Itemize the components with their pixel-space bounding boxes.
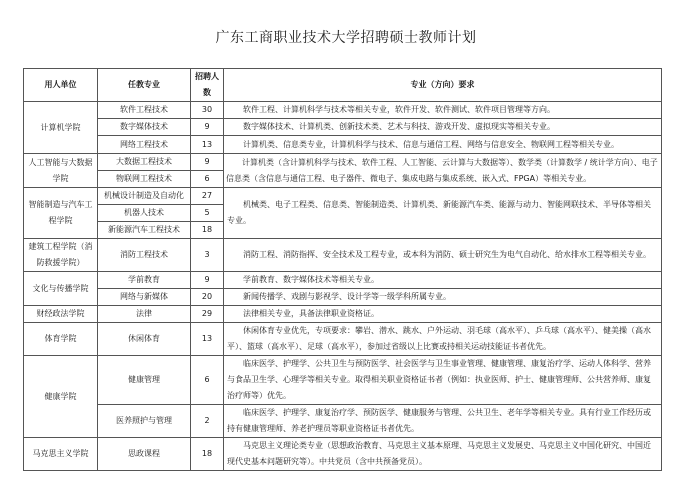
major-cell: 网络工程技术 [98, 136, 191, 154]
requirement-cell: 机械类、电子工程类、信息类、智能制造类、计算机类、新能源汽车类、能源与动力、智能… [224, 188, 662, 239]
count-cell: 6 [191, 356, 224, 405]
table-header-row: 用人单位 任教专业 招聘人数 专业（方向）要求 [24, 69, 662, 102]
major-cell: 消防工程技术 [98, 239, 191, 272]
header-count: 招聘人数 [191, 69, 224, 102]
count-cell: 29 [191, 306, 224, 323]
count-cell: 9 [191, 272, 224, 289]
major-cell: 大数据工程技术 [98, 154, 191, 171]
major-cell: 思政课程 [98, 438, 191, 471]
major-cell: 健康管理 [98, 356, 191, 405]
count-cell: 6 [191, 171, 224, 188]
requirement-cell: 临床医学、护理学、公共卫生与预防医学、社会医学与卫生事业管理、健康管理、康复治疗… [224, 356, 662, 405]
major-cell: 医养照护与管理 [98, 405, 191, 438]
requirement-cell: 临床医学、护理学、康复治疗学、预防医学、健康服务与管理、公共卫生、老年学等相关专… [224, 405, 662, 438]
major-cell: 机械设计制造及自动化 [98, 188, 191, 205]
recruitment-table: 用人单位 任教专业 招聘人数 专业（方向）要求 计算机学院 软件工程技术 30 … [23, 68, 662, 471]
major-cell: 新能源汽车工程技术 [98, 222, 191, 239]
table-row: 计算机学院 软件工程技术 30 软件工程、计算机科学与技术等相关专业，软件开发、… [24, 102, 662, 119]
table-row: 文化与传播学院 学前教育 9 学前教育、数字媒体技术等相关专业。 [24, 272, 662, 289]
table-row: 医养照护与管理 2 临床医学、护理学、康复治疗学、预防医学、健康服务与管理、公共… [24, 405, 662, 438]
count-cell: 13 [191, 323, 224, 356]
unit-cell: 建筑工程学院（消防救援学院） [24, 239, 98, 272]
requirement-cell: 软件工程、计算机科学与技术等相关专业，软件开发、软件测试、软件项目管理等方向。 [224, 102, 662, 119]
major-cell: 网络与新媒体 [98, 289, 191, 306]
requirement-cell: 马克思主义理论类专业（思想政治教育、马克思主义基本原理、马克思主义发展史、马克思… [224, 438, 662, 471]
table-row: 网络与新媒体 20 新闻传播学、戏剧与影视学、设计学等一级学科所属专业。 [24, 289, 662, 306]
count-cell: 9 [191, 154, 224, 171]
unit-cell: 财经政法学院 [24, 306, 98, 323]
requirement-cell: 消防工程、消防指挥、安全技术及工程专业，或本科为消防、硕士研究生为电气自动化、给… [224, 239, 662, 272]
unit-cell: 智能制造与汽车工程学院 [24, 188, 98, 239]
count-cell: 5 [191, 205, 224, 222]
table-row: 马克思主义学院 思政课程 18 马克思主义理论类专业（思想政治教育、马克思主义基… [24, 438, 662, 471]
count-cell: 9 [191, 119, 224, 136]
unit-cell: 文化与传播学院 [24, 272, 98, 306]
table-row: 网络工程技术 13 计算机类、信息类专业，计算机科学与技术、信息与通信工程、网络… [24, 136, 662, 154]
major-cell: 法律 [98, 306, 191, 323]
major-cell: 机器人技术 [98, 205, 191, 222]
major-cell: 休闲体育 [98, 323, 191, 356]
table-row: 建筑工程学院（消防救援学院） 消防工程技术 3 消防工程、消防指挥、安全技术及工… [24, 239, 662, 272]
count-cell: 27 [191, 188, 224, 205]
table-row: 财经政法学院 法律 29 法律相关专业，具备法律职业资格证。 [24, 306, 662, 323]
requirement-cell: 休闲体育专业优先，专项要求：攀岩、潜水、跳水、户外运动、羽毛球（高水平）、乒乓球… [224, 323, 662, 356]
header-major: 任教专业 [98, 69, 191, 102]
count-cell: 2 [191, 405, 224, 438]
header-requirement: 专业（方向）要求 [224, 69, 662, 102]
unit-cell: 计算机学院 [24, 102, 98, 154]
requirement-cell: 数字媒体技术、计算机类、创新技术类、艺术与科技、游戏开发、虚拟现实等相关专业。 [224, 119, 662, 136]
unit-cell: 人工智能与大数据学院 [24, 154, 98, 188]
major-cell: 软件工程技术 [98, 102, 191, 119]
major-cell: 数字媒体技术 [98, 119, 191, 136]
count-cell: 3 [191, 239, 224, 272]
header-unit: 用人单位 [24, 69, 98, 102]
major-cell: 学前教育 [98, 272, 191, 289]
unit-cell: 健康学院 [24, 356, 98, 438]
requirement-cell: 法律相关专业，具备法律职业资格证。 [224, 306, 662, 323]
table-row: 健康学院 健康管理 6 临床医学、护理学、公共卫生与预防医学、社会医学与卫生事业… [24, 356, 662, 405]
requirement-cell: 计算机类（含计算机科学与技术、软件工程、人工智能、云计算与大数据等）、数学类（计… [224, 154, 662, 188]
requirement-cell: 新闻传播学、戏剧与影视学、设计学等一级学科所属专业。 [224, 289, 662, 306]
table-row: 体育学院 休闲体育 13 休闲体育专业优先，专项要求：攀岩、潜水、跳水、户外运动… [24, 323, 662, 356]
requirement-cell: 学前教育、数字媒体技术等相关专业。 [224, 272, 662, 289]
table-row: 人工智能与大数据学院 大数据工程技术 9 计算机类（含计算机科学与技术、软件工程… [24, 154, 662, 171]
unit-cell: 马克思主义学院 [24, 438, 98, 471]
count-cell: 13 [191, 136, 224, 154]
count-cell: 20 [191, 289, 224, 306]
major-cell: 物联网工程技术 [98, 171, 191, 188]
unit-cell: 体育学院 [24, 323, 98, 356]
table-row: 数字媒体技术 9 数字媒体技术、计算机类、创新技术类、艺术与科技、游戏开发、虚拟… [24, 119, 662, 136]
count-cell: 18 [191, 438, 224, 471]
requirement-cell: 计算机类、信息类专业，计算机科学与技术、信息与通信工程、网络与信息安全、物联网工… [224, 136, 662, 154]
count-cell: 18 [191, 222, 224, 239]
page-title: 广东工商职业技术大学招聘硕士教师计划 [0, 27, 692, 47]
table-row: 智能制造与汽车工程学院 机械设计制造及自动化 27 机械类、电子工程类、信息类、… [24, 188, 662, 205]
count-cell: 30 [191, 102, 224, 119]
